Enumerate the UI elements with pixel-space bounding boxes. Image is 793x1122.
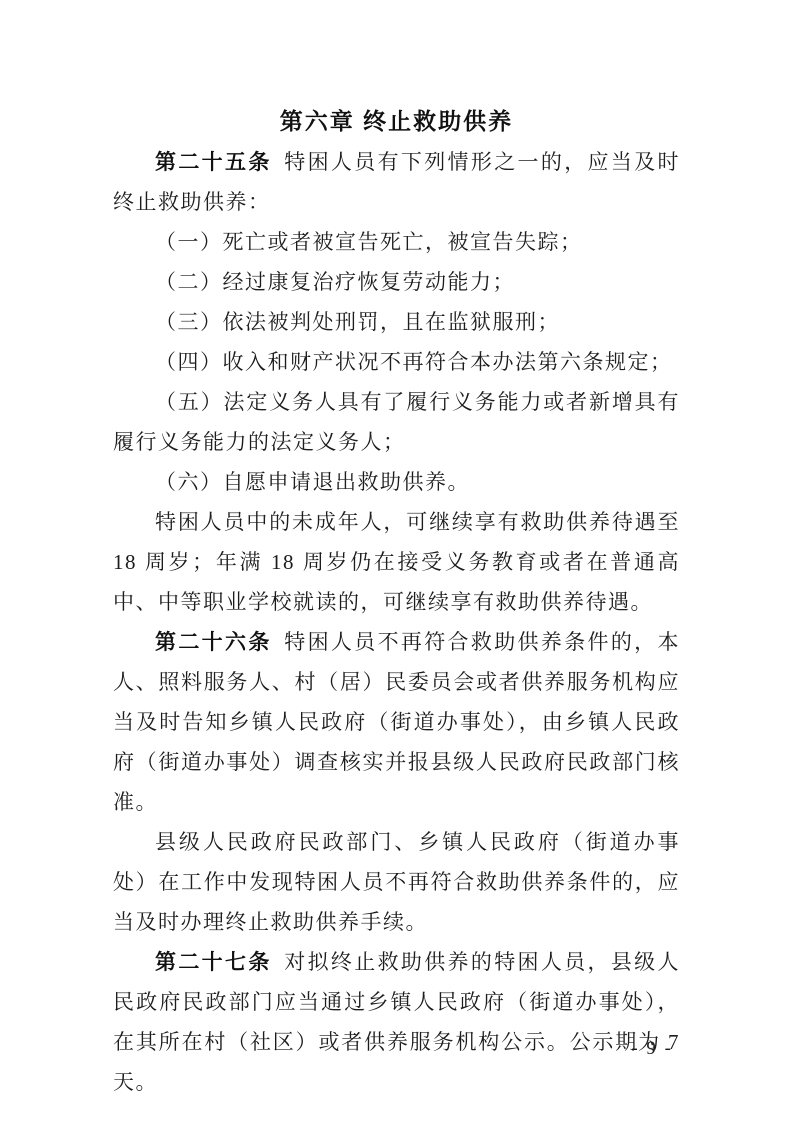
paragraph-article-25: 第二十五条特困人员有下列情形之一的，应当及时终止救助供养： [113, 142, 680, 222]
paragraph-item-3: （三）依法被判处刑罚，且在监狱服刑； [113, 302, 680, 342]
paragraph-item-5: （五）法定义务人具有了履行义务能力或者新增具有履行义务能力的法定义务人； [113, 382, 680, 462]
document-body: 第二十五条特困人员有下列情形之一的，应当及时终止救助供养： （一）死亡或者被宣告… [113, 142, 680, 1102]
paragraph-item-4: （四）收入和财产状况不再符合本办法第六条规定； [113, 342, 680, 382]
paragraph-minors-provision: 特困人员中的未成年人，可继续享有救助供养待遇至 18 周岁；年满 18 周岁仍在… [113, 502, 680, 622]
paragraph-text: （三）依法被判处刑罚，且在监狱服刑； [155, 310, 560, 334]
paragraph-item-2: （二）经过康复治疗恢复劳动能力； [113, 262, 680, 302]
paragraph-text: 特困人员中的未成年人，可继续享有救助供养待遇至 18 周岁；年满 18 周岁仍在… [113, 510, 680, 614]
paragraph-text: （一）死亡或者被宣告死亡，被宣告失踪； [155, 230, 583, 254]
paragraph-text: 特困人员不再符合救助供养条件的，本人、照料服务人、村（居）民委员会或者供养服务机… [113, 630, 680, 814]
paragraph-text: （五）法定义务人具有了履行义务能力或者新增具有履行义务能力的法定义务人； [113, 390, 680, 454]
paragraph-text: （四）收入和财产状况不再符合本办法第六条规定； [155, 350, 673, 374]
article-number: 第二十七条 [155, 950, 272, 974]
document-page: 第六章 终止救助供养 第二十五条特困人员有下列情形之一的，应当及时终止救助供养：… [0, 0, 793, 1122]
paragraph-text: （六）自愿申请退出救助供养。 [155, 470, 470, 494]
article-number: 第二十六条 [155, 630, 272, 654]
paragraph-text: 县级人民政府民政部门、乡镇人民政府（街道办事处）在工作中发现特困人员不再符合救助… [113, 830, 680, 934]
paragraph-item-1: （一）死亡或者被宣告死亡，被宣告失踪； [113, 222, 680, 262]
paragraph-text: （二）经过康复治疗恢复劳动能力； [155, 270, 515, 294]
paragraph-article-27: 第二十七条对拟终止救助供养的特困人员，县级人民政府民政部门应当通过乡镇人民政府（… [113, 942, 680, 1102]
paragraph-item-6: （六）自愿申请退出救助供养。 [113, 462, 680, 502]
paragraph-article-26: 第二十六条特困人员不再符合救助供养条件的，本人、照料服务人、村（居）民委员会或者… [113, 622, 680, 822]
paragraph-county-check: 县级人民政府民政部门、乡镇人民政府（街道办事处）在工作中发现特困人员不再符合救助… [113, 822, 680, 942]
page-number: - 9 - [631, 1038, 673, 1060]
article-number: 第二十五条 [155, 150, 272, 174]
chapter-title: 第六章 终止救助供养 [0, 0, 793, 136]
